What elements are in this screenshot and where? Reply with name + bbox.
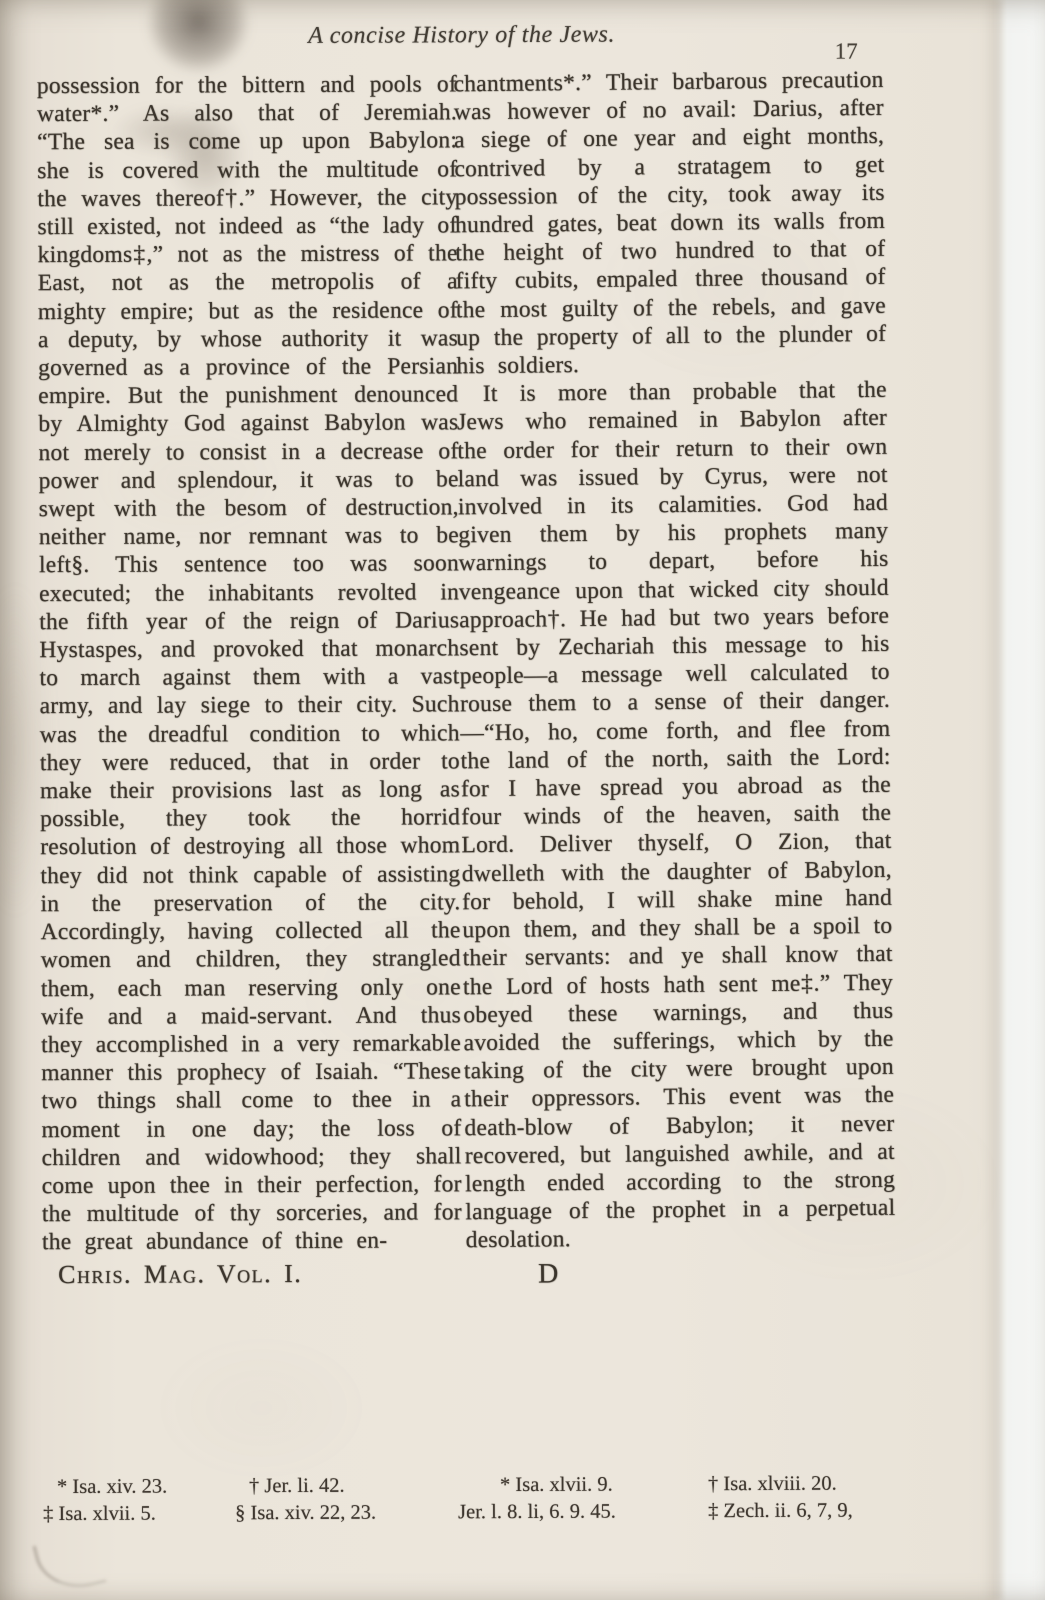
photo-vignette [0, 0, 1045, 1600]
scanned-book-page: A concise History of the Jews. 17 posses… [0, 0, 1045, 1600]
